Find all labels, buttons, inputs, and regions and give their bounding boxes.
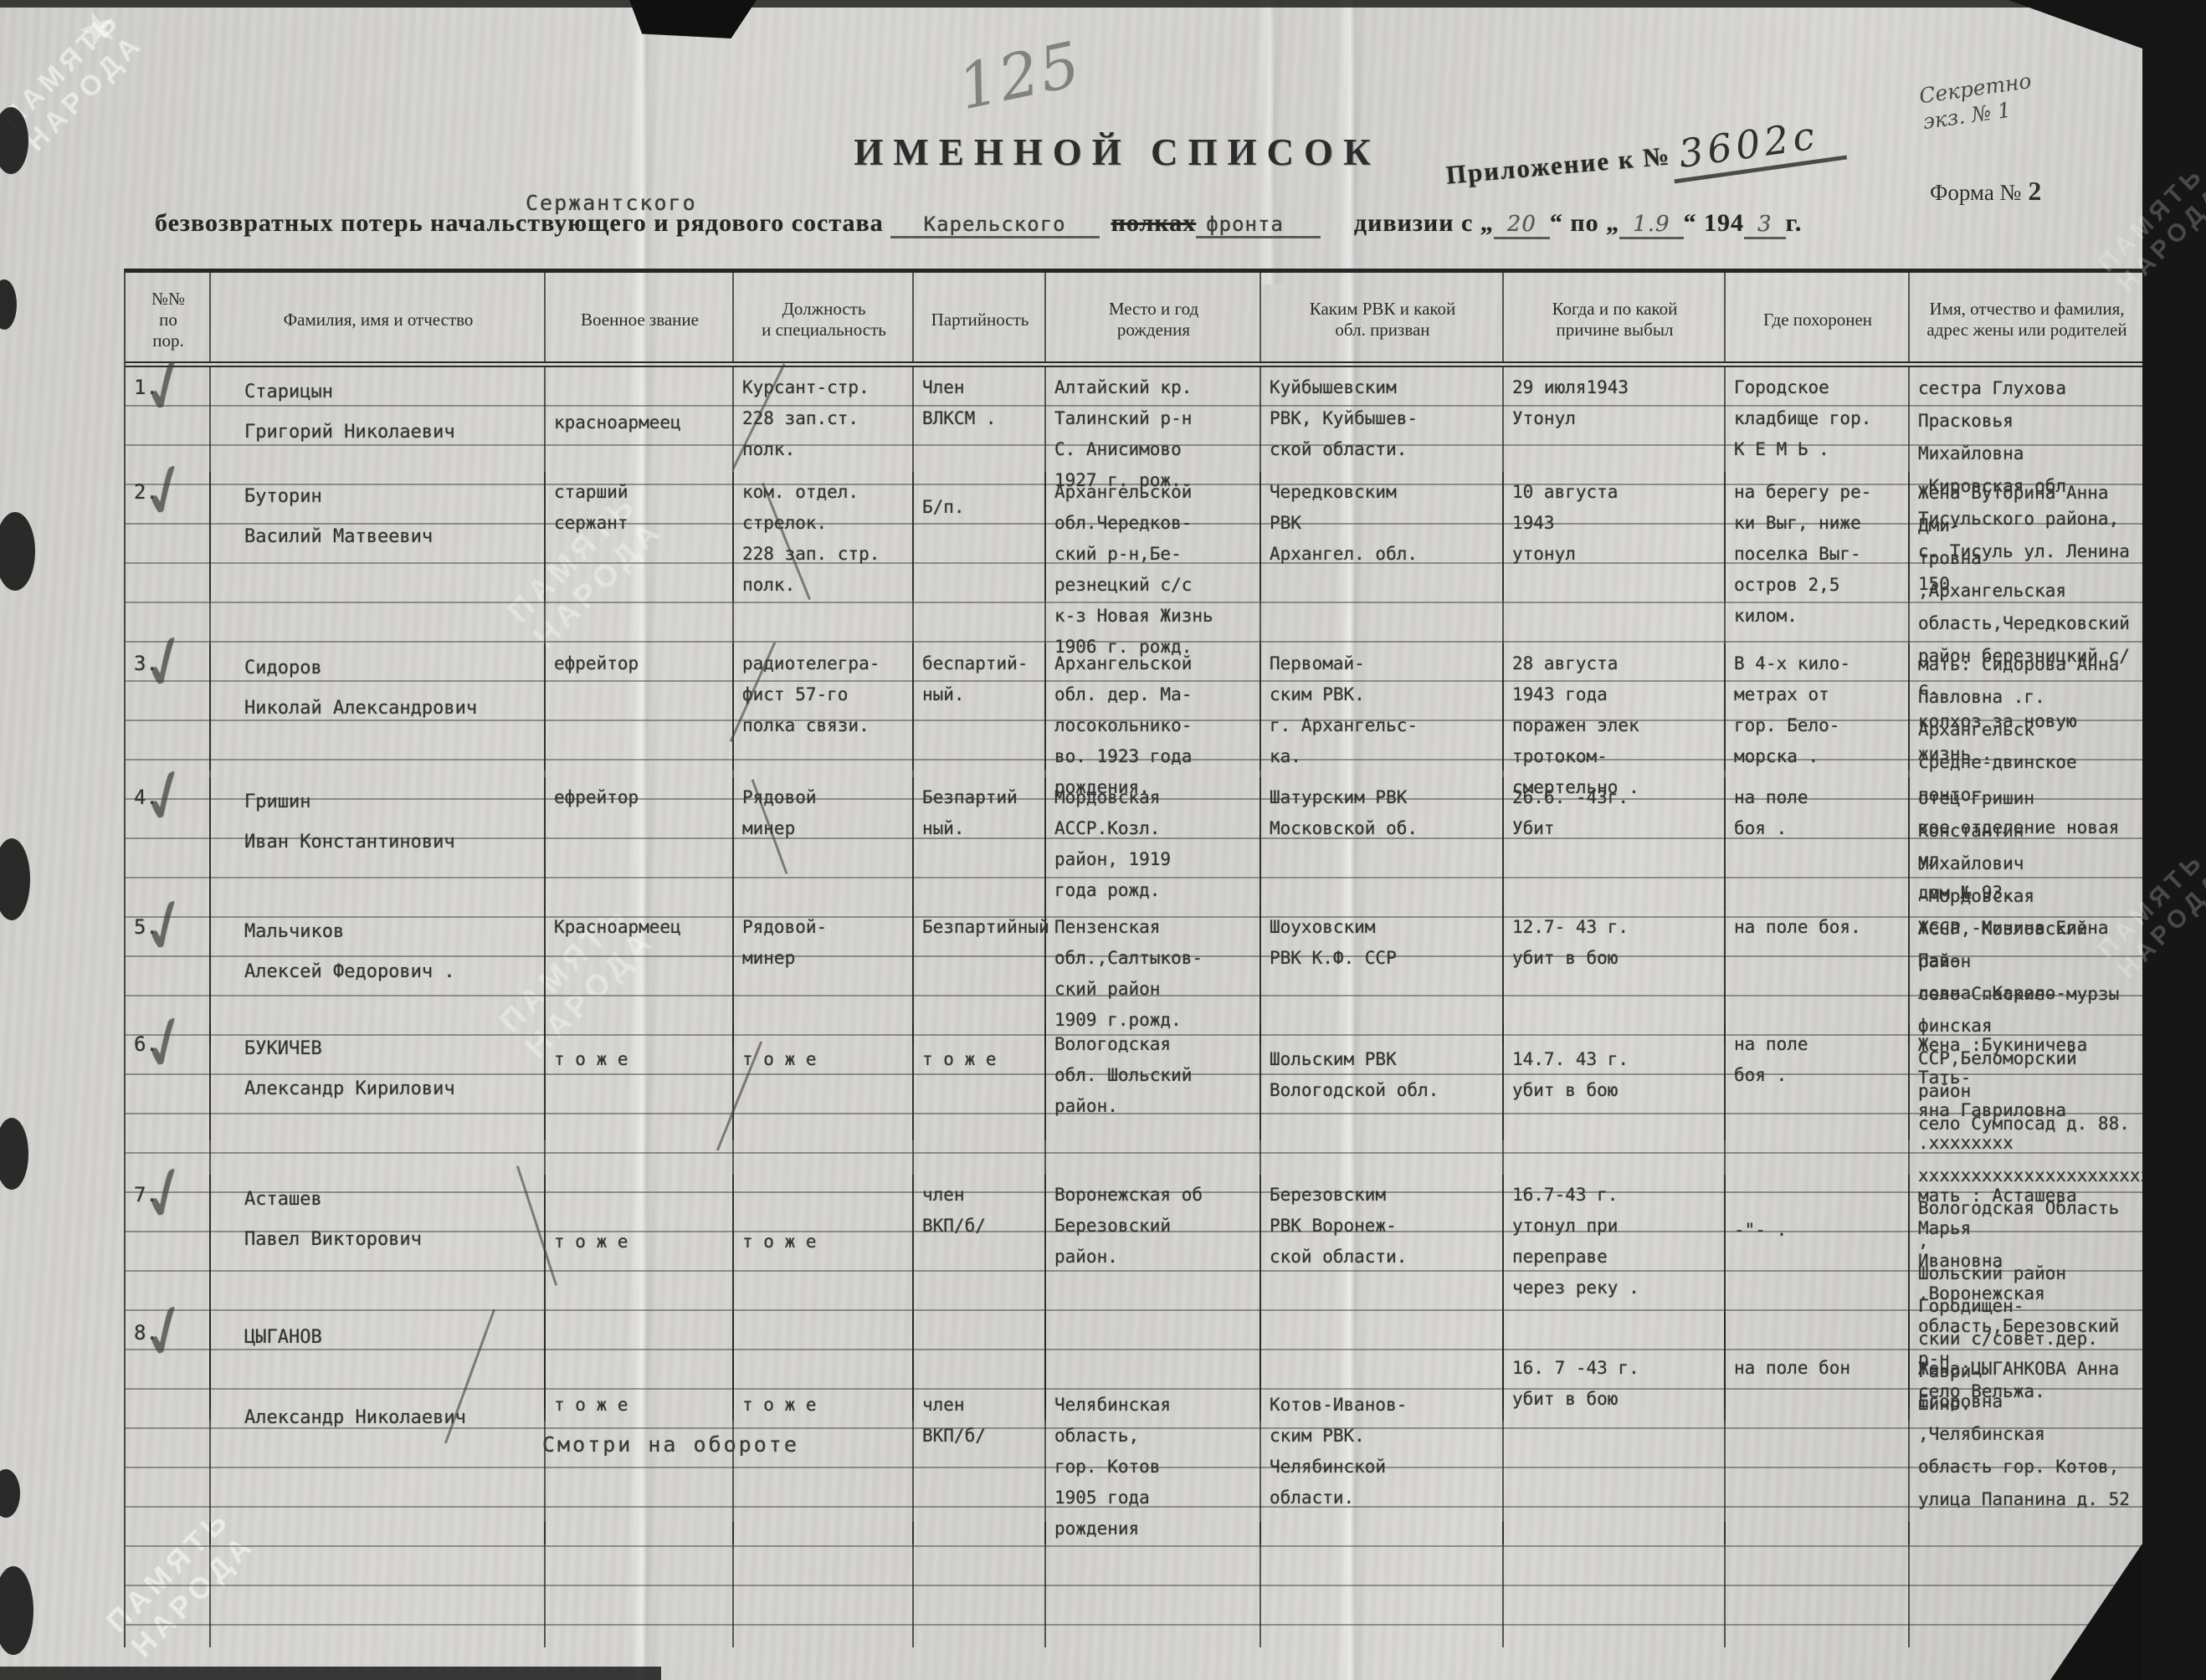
header-party: Партийность bbox=[914, 273, 1046, 361]
row-number: 8.✓ bbox=[126, 1313, 211, 1544]
table-row: 8.✓ ЦЫГАНОВ Александр Николаевич т о ж е… bbox=[126, 1313, 2144, 1522]
header-family: Имя, отчество и фамилия, адрес жены или … bbox=[1910, 273, 2144, 361]
form-number: Форма №2 bbox=[1930, 176, 2041, 207]
duty-cell: т о ж е bbox=[734, 1313, 914, 1544]
form-digit: 2 bbox=[2021, 176, 2041, 206]
checkmark-icon: ✓ bbox=[137, 358, 195, 415]
stamp-label: Приложение к № bbox=[1444, 141, 1671, 190]
star-icon: ★ bbox=[69, 0, 126, 62]
empty-cell bbox=[914, 1522, 1046, 1647]
rvk-cell: Котов-Иванов- ским РВК. Челябинской обла… bbox=[1261, 1313, 1504, 1544]
header-name: Фамилия, имя и отчество bbox=[211, 273, 546, 361]
subtitle-line: безвозвратных потерь начальствующего и р… bbox=[155, 209, 1988, 239]
header-casualty: Когда и по какой причине выбыл bbox=[1504, 273, 1726, 361]
form-label: Форма № bbox=[1930, 180, 2021, 205]
empty-cell bbox=[1261, 1522, 1504, 1647]
header-rank: Военное звание bbox=[546, 273, 734, 361]
see-reverse-note: Смотри на обороте bbox=[542, 1432, 799, 1457]
handwritten-year-digit: 3 bbox=[1744, 212, 1786, 239]
empty-cell bbox=[734, 1522, 914, 1647]
empty-cell bbox=[1504, 1522, 1726, 1647]
typed-insert-front-name: Карельского bbox=[890, 213, 1100, 238]
typed-insert-front-word: фронта bbox=[1196, 213, 1321, 238]
empty-cell bbox=[211, 1522, 546, 1647]
table-header-row: №№ по пор. Фамилия, имя и отчество Военн… bbox=[126, 273, 2144, 363]
table-row: 1.✓ Старицын Григорий Николаевич красноа… bbox=[126, 367, 2144, 472]
empty-cell bbox=[546, 1522, 734, 1647]
header-burial: Где похоронен bbox=[1726, 273, 1910, 361]
scan-edge-top bbox=[0, 0, 2142, 8]
handwritten-date-from: 20 bbox=[1494, 212, 1550, 239]
year-suffix: г. bbox=[1786, 209, 1803, 238]
table-row: 5.✓ Мальчиков Алексей Федорович . Красно… bbox=[126, 907, 2144, 1024]
scan-edge-right bbox=[2142, 0, 2206, 1680]
birthplace-cell: Челябинская область, гор. Котов 1905 год… bbox=[1046, 1313, 1261, 1544]
party-cell: член ВКП/б/ bbox=[914, 1313, 1046, 1544]
scan-edge-bottom-left bbox=[0, 1667, 661, 1680]
secrecy-note: Секретно экз. № 1 bbox=[1917, 68, 2036, 135]
header-birthplace: Место и год рождения bbox=[1046, 273, 1261, 361]
table-row: 4.✓ Гришин Иван Константинович ефрейтор … bbox=[126, 777, 2144, 907]
empty-cell bbox=[1046, 1522, 1261, 1647]
division-label: дивизии с „ bbox=[1354, 209, 1494, 238]
handwritten-date-to: 1.9 bbox=[1619, 212, 1683, 239]
struck-word: полках bbox=[1111, 209, 1197, 238]
subtitle-main: безвозвратных потерь начальствующего и р… bbox=[155, 209, 884, 238]
header-duty: Должность и специальность bbox=[734, 273, 914, 361]
stamp-number-handwritten: 3602с bbox=[1668, 109, 1847, 183]
casualty-cell: 16. 7 -43 г. убит в бою bbox=[1504, 1313, 1726, 1544]
empty-cell bbox=[1726, 1522, 1910, 1647]
document-title: ИМЕННОЙ СПИСОК bbox=[845, 131, 1389, 174]
name-cell: ЦЫГАНОВ Александр Николаевич bbox=[211, 1313, 546, 1544]
scanned-document: ПАМЯТЬ НАРОДА ★ ПАМЯТЬ НАРОДА ПАМЯТЬ НАР… bbox=[0, 0, 2206, 1680]
handwritten-page-number: 125 bbox=[952, 28, 1088, 125]
table-row: 7.✓ Асташев Павел Викторович т о ж е т о… bbox=[126, 1175, 2144, 1313]
po-label: “ по „ bbox=[1550, 209, 1619, 238]
empty-cell bbox=[126, 1522, 211, 1647]
attachment-stamp: Приложение к № 3602с bbox=[1443, 105, 1845, 190]
table-body: 1.✓ Старицын Григорий Николаевич красноа… bbox=[126, 366, 2144, 1647]
header-rvk: Каким РВК и какой обл. призван bbox=[1261, 273, 1504, 361]
family-cell: Жена:ЦЫГАНКОВА Анна Егоровна ,Челябинска… bbox=[1910, 1313, 2144, 1544]
casualty-table: №№ по пор. Фамилия, имя и отчество Военн… bbox=[124, 269, 2144, 1647]
burial-cell: на поле бон bbox=[1726, 1313, 1910, 1544]
year-label: “ 194 bbox=[1684, 209, 1745, 238]
table-row: 2.✓ Буторин Василий Матвеевич старший се… bbox=[126, 472, 2144, 643]
paper-sheet: ПАМЯТЬ НАРОДА ★ ПАМЯТЬ НАРОДА ПАМЯТЬ НАР… bbox=[0, 0, 2142, 1680]
table-row: 6.✓ БУКИЧЕВ Александр Кирилович т о ж е … bbox=[126, 1024, 2144, 1175]
empty-ruled-row bbox=[126, 1522, 2144, 1647]
table-row: 3.✓ Сидоров Николай Александрович ефрейт… bbox=[126, 643, 2144, 777]
rank-cell: т о ж е bbox=[546, 1313, 734, 1544]
